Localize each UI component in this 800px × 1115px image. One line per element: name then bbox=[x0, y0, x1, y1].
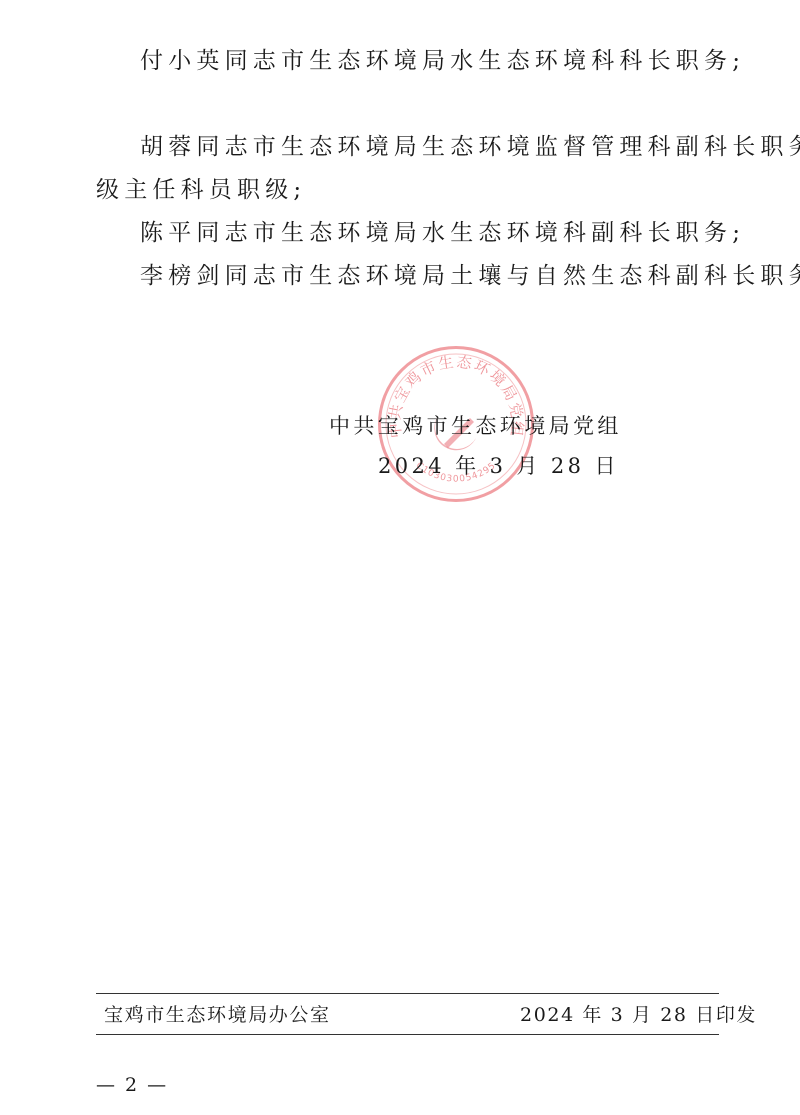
paragraph-line-1: 付小英同志市生态环境局水生态环境科科长职务; bbox=[140, 46, 745, 76]
paragraph-line-4: 陈平同志市生态环境局水生态环境科副科长职务; bbox=[140, 218, 745, 248]
footer-top-rule bbox=[96, 993, 719, 994]
footer-bottom-rule bbox=[96, 1034, 719, 1035]
page-number: — 2 — bbox=[96, 1074, 168, 1096]
signature-organization: 中共宝鸡市生态环境局党组 bbox=[329, 412, 622, 440]
paragraph-line-5: 李榜剑同志市生态环境局土壤与自然生态科副科长职务。 bbox=[140, 261, 800, 291]
paragraph-line-2: 胡蓉同志市生态环境局生态环境监督管理科副科长职务、二 bbox=[140, 132, 800, 162]
signature-date: 2024 年 3 月 28 日 bbox=[378, 452, 619, 480]
footer-print-date: 2024 年 3 月 28 日印发 bbox=[520, 1002, 757, 1028]
footer-issuer: 宝鸡市生态环境局办公室 bbox=[104, 1002, 331, 1028]
paragraph-line-3: 级主任科员职级; bbox=[96, 175, 306, 205]
